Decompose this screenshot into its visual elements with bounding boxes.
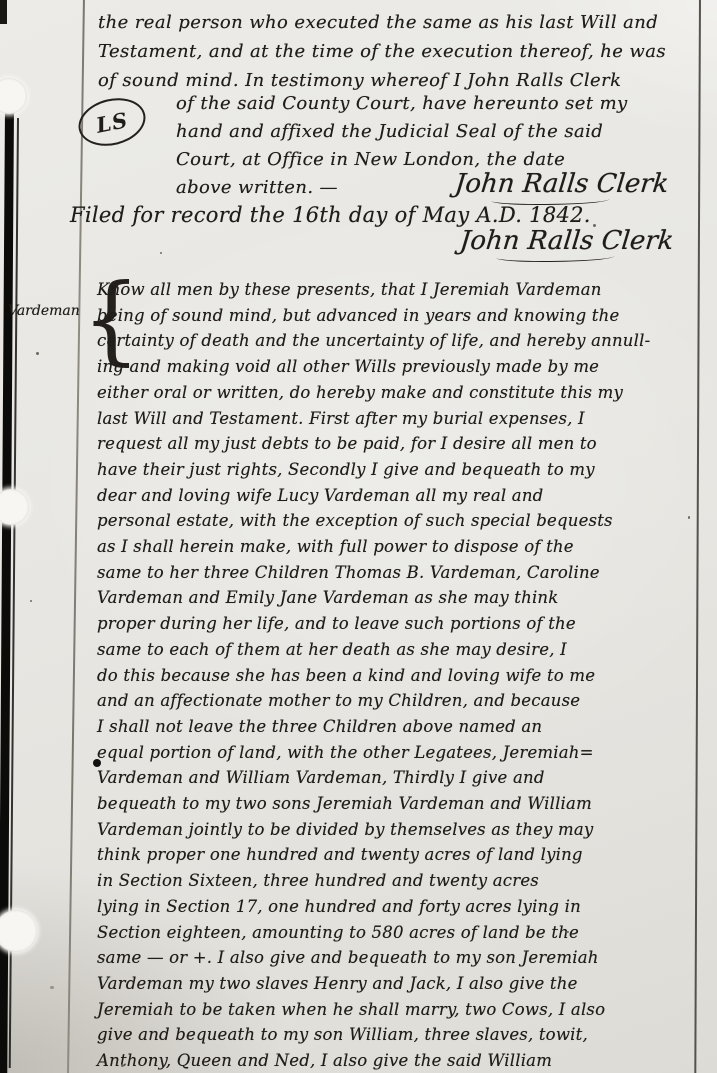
margin-note-vardeman: Vardeman <box>8 303 80 319</box>
attestation-line: the real person who executed the same as… <box>98 8 666 37</box>
will-line: dear and loving wife Lucy Vardeman all m… <box>97 483 650 509</box>
will-line: same — or +. I also give and bequeath to… <box>97 945 650 971</box>
will-line: Know all men by these presents, that I J… <box>97 277 650 303</box>
will-text-block: Know all men by these presents, that I J… <box>97 277 650 1073</box>
attestation-line: hand and affixed the Judicial Seal of th… <box>176 118 628 146</box>
will-line: Vardeman and Emily Jane Vardeman as she … <box>97 585 650 611</box>
will-line: last Will and Testament. First after my … <box>97 406 650 432</box>
paper-speck <box>36 352 39 355</box>
will-line: give and bequeath to my son William, thr… <box>97 1022 650 1048</box>
left-margin-rule <box>67 0 85 1073</box>
ink-blot <box>93 759 101 767</box>
punch-hole-middle <box>0 489 29 525</box>
attestation-block: the real person who executed the same as… <box>98 8 666 95</box>
filing-line: Filed for record the 16th day of May A.D… <box>70 203 591 227</box>
will-line: in Section Sixteen, three hundred and tw… <box>97 868 650 894</box>
paper-speck <box>593 224 596 227</box>
will-line: Vardeman my two slaves Henry and Jack, I… <box>97 971 650 997</box>
paper-speck <box>566 931 569 933</box>
clerk-seal-icon: LS <box>73 91 150 152</box>
will-line: and an affectionate mother to my Childre… <box>97 688 650 714</box>
punch-hole-bottom <box>0 910 37 952</box>
signature-flourish <box>496 252 614 262</box>
will-line: proper during her life, and to leave suc… <box>97 611 650 637</box>
clerk-signature-filing: John Ralls Clerk <box>458 226 675 256</box>
clerk-signature: John Ralls Clerk <box>453 169 670 199</box>
right-margin-rule <box>694 0 701 1073</box>
will-line: Anthony, Queen and Ned, I also give the … <box>97 1048 650 1073</box>
attestation-line: of the said County Court, have hereunto … <box>176 90 628 118</box>
will-line: lying in Section 17, one hundred and for… <box>97 894 650 920</box>
will-line: have their just rights, Secondly I give … <box>97 457 650 483</box>
scanned-document-page: the real person who executed the same as… <box>0 0 717 1073</box>
attestation-line: Testament, and at the time of the execut… <box>98 37 666 66</box>
will-line: Vardeman and William Vardeman, Thirdly I… <box>97 765 650 791</box>
paper-speck <box>688 516 690 519</box>
will-line: either oral or written, do hereby make a… <box>97 380 650 406</box>
will-line: as I shall herein make, with full power … <box>97 534 650 560</box>
will-line: certainty of death and the uncertainty o… <box>97 328 650 354</box>
will-line: personal estate, with the exception of s… <box>97 508 650 534</box>
will-line: I shall not leave the three Children abo… <box>97 714 650 740</box>
will-line: think proper one hundred and twenty acre… <box>97 842 650 868</box>
will-line: being of sound mind, but advanced in yea… <box>97 303 650 329</box>
will-line: request all my just debts to be paid, fo… <box>97 431 650 457</box>
will-line: Jeremiah to be taken when he shall marry… <box>97 997 650 1023</box>
will-line: bequeath to my two sons Jeremiah Vardema… <box>97 791 650 817</box>
paper-speck <box>121 1064 124 1067</box>
will-line: ing and making void all other Wills prev… <box>97 354 650 380</box>
will-line: do this because she has been a kind and … <box>97 663 650 689</box>
seal-label: LS <box>94 107 130 138</box>
will-line: same to her three Children Thomas B. Var… <box>97 560 650 586</box>
will-line: equal portion of land, with the other Le… <box>97 740 650 766</box>
will-line: same to each of them at her death as she… <box>97 637 650 663</box>
punch-hole-top <box>0 78 27 114</box>
paper-speck <box>30 600 32 602</box>
will-line: Vardeman jointly to be divided by themse… <box>97 817 650 843</box>
scan-edge-mark <box>0 0 7 24</box>
paper-speck <box>50 986 54 989</box>
paper-speck <box>160 252 162 254</box>
